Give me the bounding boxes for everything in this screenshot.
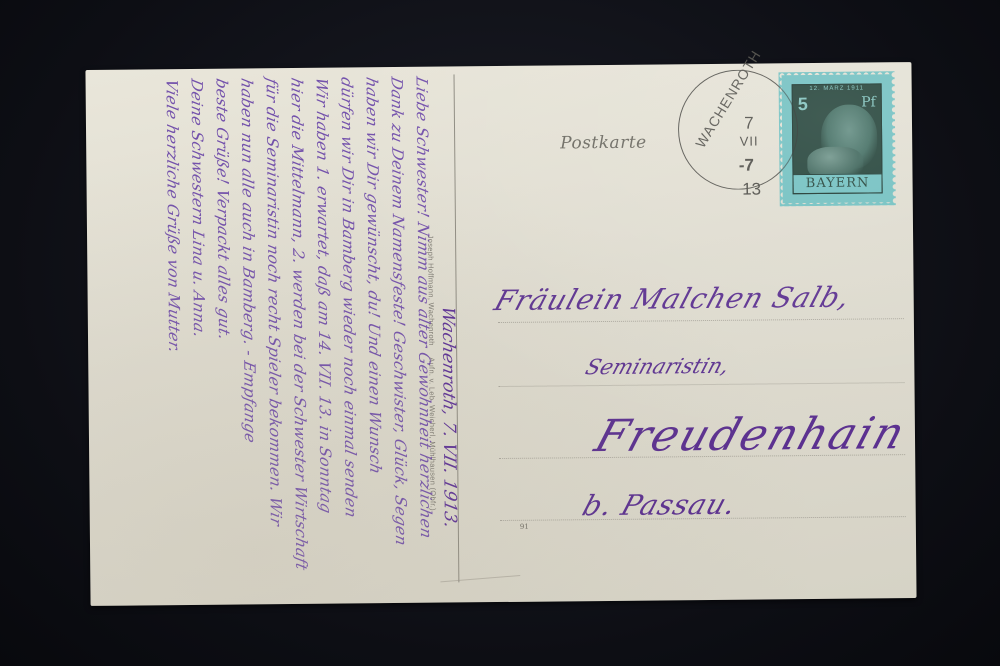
message-line: Liebe Schwester! Nimm aus alter Gewohnhe… [409,74,439,599]
stamp-top-inscription: 12. MÄRZ 1911 [793,85,881,92]
message-line: Deine Schwestern Lina u. Anna. [184,76,214,601]
stamp-country: BAYERN [793,173,881,193]
message-line: beste Grüße! Verpackt alles gut. [209,76,239,601]
message-line: Viele herzliche Grüße von Mutter. [159,77,189,602]
message-line: hier die Mittelmann, 2. werden bei der S… [284,75,314,600]
address-line-1 [498,318,904,323]
postkarte-heading: Postkarte [560,133,647,154]
message-line: für die Seminaristin noch recht Spieler … [259,76,289,601]
message-line: haben nun alle auch in Bamberg. - Empfan… [234,76,264,601]
postage-stamp: 12. MÄRZ 1911 5 Pf BAYERN [782,74,893,203]
message-line: haben wir Dir gewünscht, du! Und einen W… [359,75,389,600]
message-line: Dank zu Deinem Namensfeste! Geschwister,… [384,74,414,599]
message-date: Wachenroth, 7. VII. 1913. [438,304,461,598]
postmark-cancel-arc [677,69,798,190]
stamp-value: 5 [798,94,808,115]
message-line: dürfen wir Dir in Bamberg wieder noch ei… [334,75,364,600]
handwritten-message: Wachenroth, 7. VII. 1913. Liebe Schweste… [96,76,461,599]
address-title: Seminaristin, [583,354,733,379]
address-line-2 [498,382,904,387]
stamp-portrait-frame: 12. MÄRZ 1911 5 Pf BAYERN [792,83,883,194]
address-recipient: Fräulein Malchen Salb, [490,281,855,318]
postcard: Joseph Hoffmann, Wachenroth Aufn. v. Leb… [85,62,916,606]
message-line: Wir haben 1. erwartet, daß am 14. VII. 1… [309,75,339,600]
address-region: b. Passau. [578,488,741,523]
address-city: Freudenhain [589,408,913,462]
card-number: 91 [520,523,529,531]
